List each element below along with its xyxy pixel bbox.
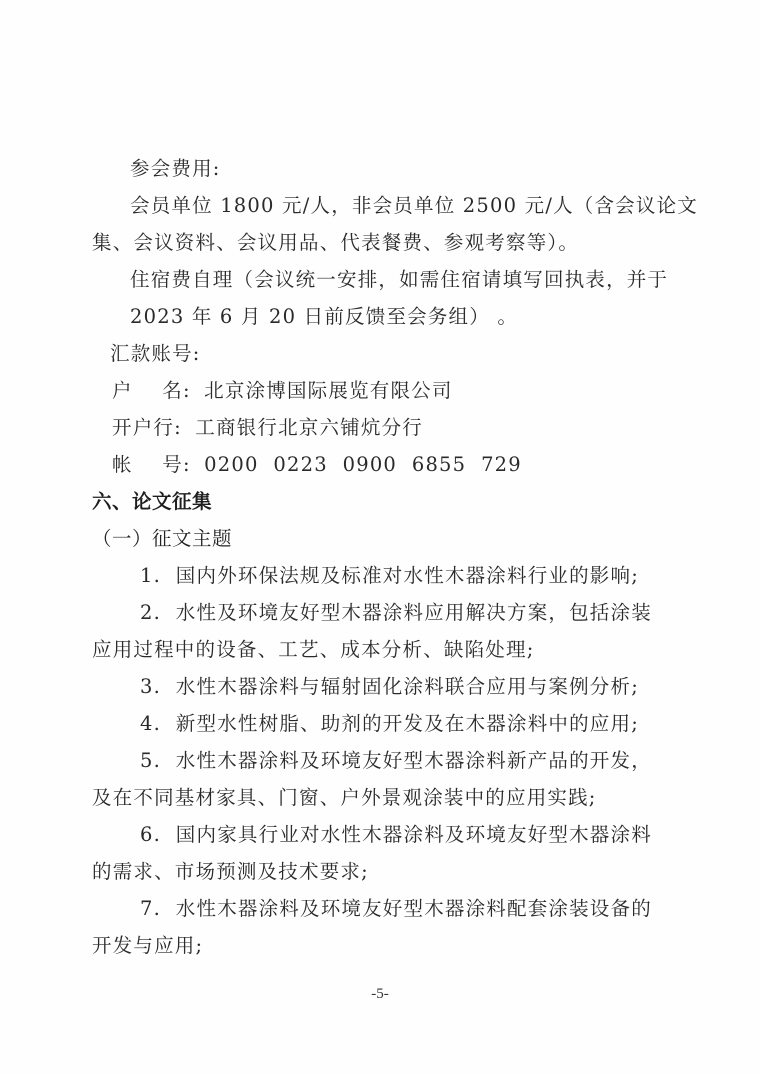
bank-value: 工商银行北京六铺炕分行 — [195, 416, 423, 439]
bank-row: 开户行: 工商银行北京六铺炕分行 — [112, 415, 423, 441]
topic-7-line-2: 开发与应用; — [92, 933, 203, 959]
topic-7-line-1: 7. 水性木器涂料及环境友好型木器涂料配套涂装设备的 — [140, 896, 652, 922]
topic-3-line-1: 3. 水性木器涂料与辐射固化涂料联合应用与案例分析; — [140, 674, 639, 700]
fees-title: 参会费用: — [130, 156, 221, 182]
section-subheading: （一）征文主题 — [92, 526, 232, 552]
account-name-label: 户 名: — [112, 379, 191, 402]
topic-2-line-2: 应用过程中的设备、工艺、成本分析、缺陷处理; — [92, 637, 534, 663]
topic-1-line-1: 1. 国内外环保法规及标准对水性木器涂料行业的影响; — [140, 563, 639, 589]
bank-label: 开户行: — [112, 416, 182, 439]
account-name-row: 户 名: 北京涂博国际展览有限公司 — [112, 378, 453, 404]
topic-6-line-2: 的需求、市场预测及技术要求; — [92, 859, 369, 885]
page-number: -5- — [0, 986, 760, 1003]
topic-2-line-1: 2. 水性及环境友好型木器涂料应用解决方案，包括涂装 — [140, 600, 652, 626]
accommodation-line-2: 2023 年 6 月 20 日前反馈至会务组） 。 — [130, 304, 518, 330]
topic-5-line-1: 5. 水性木器涂料及环境友好型木器涂料新产品的开发， — [140, 748, 652, 774]
account-number-label: 帐 号: — [112, 453, 191, 476]
account-name-value: 北京涂博国际展览有限公司 — [204, 379, 452, 402]
document-page: 参会费用: 会员单位 1800 元/人，非会员单位 2500 元/人（含会议论文… — [0, 0, 760, 1074]
account-number-value: 0200 0223 0900 6855 729 — [204, 453, 522, 476]
section-heading: 六、论文征集 — [92, 489, 212, 515]
topic-6-line-1: 6. 国内家具行业对水性木器涂料及环境友好型木器涂料 — [140, 822, 652, 848]
remittance-title: 汇款账号: — [110, 341, 201, 367]
fees-line-2: 集、会议资料、会议用品、代表餐费、参观考察等）。 — [92, 230, 579, 256]
account-number-row: 帐 号: 0200 0223 0900 6855 729 — [112, 452, 522, 478]
fees-line-1: 会员单位 1800 元/人，非会员单位 2500 元/人（含会议论文 — [130, 193, 698, 219]
topic-4-line-1: 4. 新型水性树脂、助剂的开发及在木器涂料中的应用; — [140, 711, 639, 737]
accommodation-line-1: 住宿费自理（会议统一安排，如需住宿请填写回执表，并于 — [130, 267, 668, 293]
topic-5-line-2: 及在不同基材家具、门窗、户外景观涂装中的应用实践; — [92, 785, 597, 811]
